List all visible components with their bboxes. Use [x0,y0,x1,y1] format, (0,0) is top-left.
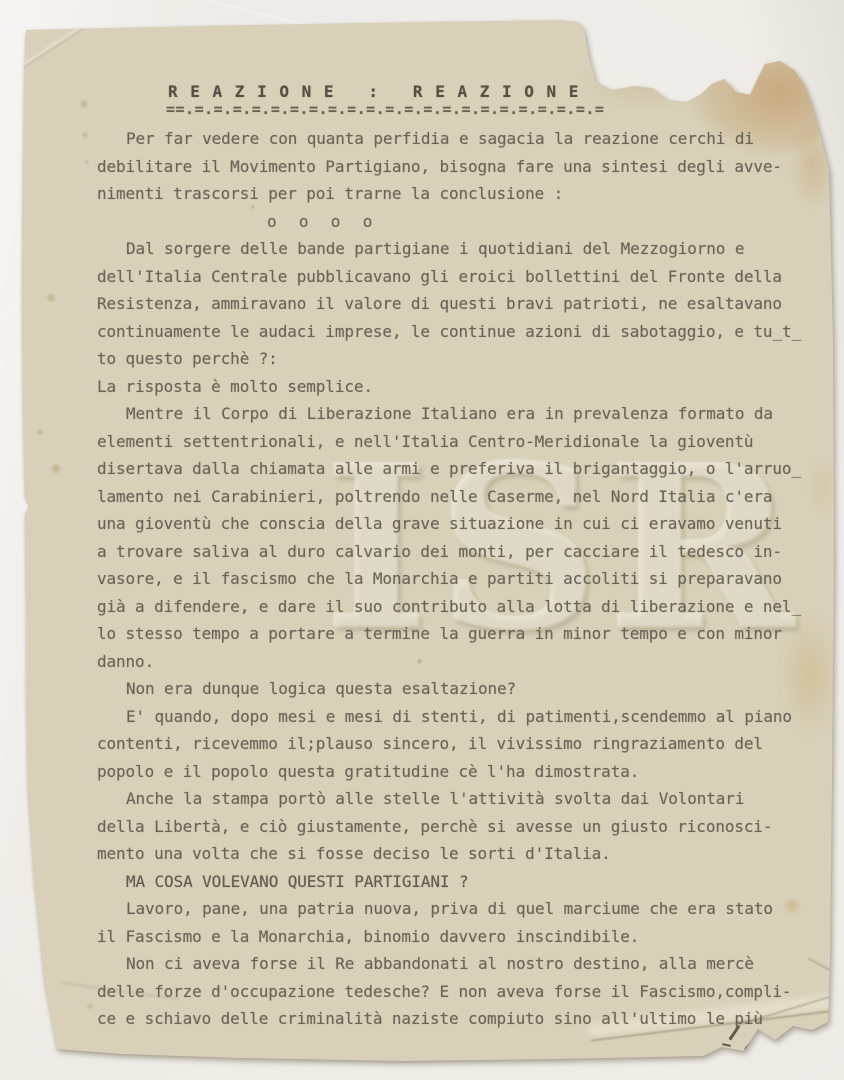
text-line: E' quando, dopo mesi e mesi di stenti, d… [97,703,817,731]
text-line: ce e schiavo delle criminalità naziste c… [97,1005,817,1033]
text-line: disertava dalla chiamata alle armi e pre… [97,455,817,483]
text-line: Per far vedere con quanta perfidia e sag… [97,125,817,153]
stain [36,428,44,437]
text-line: una gioventù che conscia della grave sit… [97,510,817,538]
fold-crease [17,18,99,72]
ink-mark [744,1039,754,1050]
text-line: della Libertà, e ciò giustamente, perchè… [97,813,817,841]
stain [84,158,89,166]
document-body: Per far vedere con quanta perfidia e sag… [97,125,817,1033]
text-line: lo stesso tempo a portare a termine la g… [97,620,817,648]
text-line: Resistenza, ammiravano il valore di ques… [97,290,817,318]
text-line: to questo perchè ?: [97,345,817,373]
stain [86,1002,94,1010]
text-line: Lavoro, pane, una patria nuova, priva di… [97,895,817,923]
stain [80,98,88,110]
document-title: R E A Z I O N E : R E A Z I O N E [168,82,580,101]
text-line: danno. [97,648,817,676]
text-line: Dal sorgere delle bande partigiane i quo… [97,235,817,263]
stain [82,130,88,140]
text-line: continuamente le audaci imprese, le cont… [97,318,817,346]
text-line: a trovare saliva al duro calvario dei mo… [97,538,817,566]
text-line: Anche la stampa portò alle stelle l'atti… [97,785,817,813]
text-line: vasore, e il fascismo che la Monarchia e… [97,565,817,593]
text-line: nimenti trascorsi per poi trarne la conc… [97,180,817,208]
title-underline: ==.=.=.=.=.=.=.=.=.=.=.=.=.=.=.=.=.=.=.=… [166,100,604,118]
ink-mark [722,1043,731,1046]
fold-crease [18,16,97,69]
text-line: già a difendere, e dare il suo contribut… [97,593,817,621]
text-line: contenti, ricevemmo il;plauso sincero, i… [97,730,817,758]
text-line: Non ci aveva forse il Re abbandonati al … [97,950,817,978]
stain [46,292,56,304]
text-line: delle forze d'occupazione tedesche? E no… [97,978,817,1006]
text-line: Mentre il Corpo di Liberazione Italiano … [97,400,817,428]
text-line: popolo e il popolo questa gratitudine cè… [97,758,817,786]
scanned-page-wrapper: ISR R E A Z I O N E : R E A Z I O N E ==… [0,0,844,1080]
text-line: il Fascismo e la Monarchia, binomio davv… [97,923,817,951]
text-line: mento una volta che si fosse deciso le s… [97,840,817,868]
text-line: debilitare il Movimento Partigiano, biso… [97,153,817,181]
document-page: ISR R E A Z I O N E : R E A Z I O N E ==… [0,0,844,1080]
section-separator: o o o o [97,208,817,236]
text-line: elementi settentrionali, e nell'Italia C… [97,428,817,456]
text-line: lamento nei Carabinieri, poltrendo nelle… [97,483,817,511]
text-line: Non era dunque logica questa esaltazione… [97,675,817,703]
stain [50,462,62,475]
text-line: dell'Italia Centrale pubblicavano gli er… [97,263,817,291]
section-heading: MA COSA VOLEVANO QUESTI PARTIGIANI ? [97,868,817,896]
text-line: La risposta è molto semplice. [97,373,817,401]
